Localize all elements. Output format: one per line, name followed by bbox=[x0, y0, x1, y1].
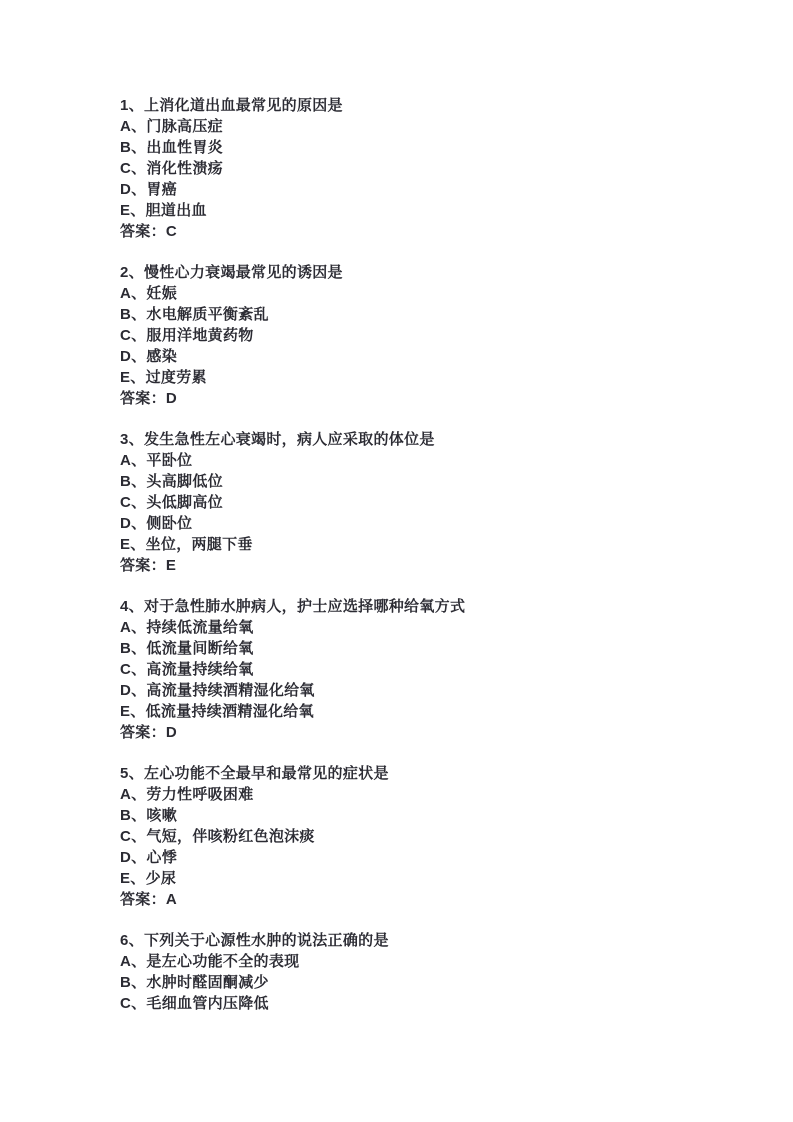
option-line: A、平卧位 bbox=[120, 450, 733, 471]
option-line: B、低流量间断给氧 bbox=[120, 638, 733, 659]
option-line: B、头高脚低位 bbox=[120, 471, 733, 492]
answer-line: 答案：E bbox=[120, 555, 733, 576]
question-block: 5、左心功能不全最早和最常见的症状是 A、劳力性呼吸困难 B、咳嗽 C、气短，伴… bbox=[120, 763, 733, 910]
option-line: E、少尿 bbox=[120, 868, 733, 889]
answer-line: 答案：D bbox=[120, 722, 733, 743]
option-line: C、毛细血管内压降低 bbox=[120, 993, 733, 1014]
option-line: C、高流量持续给氧 bbox=[120, 659, 733, 680]
question-stem: 2、慢性心力衰竭最常见的诱因是 bbox=[120, 262, 733, 283]
option-line: C、服用洋地黄药物 bbox=[120, 325, 733, 346]
exam-document-page: 1、上消化道出血最常见的原因是 A、门脉高压症 B、出血性胃炎 C、消化性溃疡 … bbox=[0, 0, 793, 1122]
option-line: E、过度劳累 bbox=[120, 367, 733, 388]
option-line: D、高流量持续酒精湿化给氧 bbox=[120, 680, 733, 701]
option-line: D、感染 bbox=[120, 346, 733, 367]
question-block: 6、下列关于心源性水肿的说法正确的是 A、是左心功能不全的表现 B、水肿时醛固酮… bbox=[120, 930, 733, 1014]
question-stem: 6、下列关于心源性水肿的说法正确的是 bbox=[120, 930, 733, 951]
option-line: A、妊娠 bbox=[120, 283, 733, 304]
option-line: C、消化性溃疡 bbox=[120, 158, 733, 179]
question-stem: 3、发生急性左心衰竭时，病人应采取的体位是 bbox=[120, 429, 733, 450]
question-block: 2、慢性心力衰竭最常见的诱因是 A、妊娠 B、水电解质平衡紊乱 C、服用洋地黄药… bbox=[120, 262, 733, 409]
option-line: D、侧卧位 bbox=[120, 513, 733, 534]
option-line: A、门脉高压症 bbox=[120, 116, 733, 137]
question-stem: 4、对于急性肺水肿病人，护士应选择哪种给氧方式 bbox=[120, 596, 733, 617]
option-line: E、胆道出血 bbox=[120, 200, 733, 221]
question-block: 4、对于急性肺水肿病人，护士应选择哪种给氧方式 A、持续低流量给氧 B、低流量间… bbox=[120, 596, 733, 743]
option-line: B、咳嗽 bbox=[120, 805, 733, 826]
option-line: B、水电解质平衡紊乱 bbox=[120, 304, 733, 325]
option-line: C、气短，伴咳粉红色泡沫痰 bbox=[120, 826, 733, 847]
option-line: E、低流量持续酒精湿化给氧 bbox=[120, 701, 733, 722]
option-line: A、持续低流量给氧 bbox=[120, 617, 733, 638]
answer-line: 答案：A bbox=[120, 889, 733, 910]
option-line: D、心悸 bbox=[120, 847, 733, 868]
answer-line: 答案：C bbox=[120, 221, 733, 242]
question-stem: 1、上消化道出血最常见的原因是 bbox=[120, 95, 733, 116]
option-line: A、是左心功能不全的表现 bbox=[120, 951, 733, 972]
option-line: A、劳力性呼吸困难 bbox=[120, 784, 733, 805]
option-line: B、水肿时醛固酮减少 bbox=[120, 972, 733, 993]
answer-line: 答案：D bbox=[120, 388, 733, 409]
question-block: 3、发生急性左心衰竭时，病人应采取的体位是 A、平卧位 B、头高脚低位 C、头低… bbox=[120, 429, 733, 576]
question-stem: 5、左心功能不全最早和最常见的症状是 bbox=[120, 763, 733, 784]
option-line: E、坐位，两腿下垂 bbox=[120, 534, 733, 555]
option-line: B、出血性胃炎 bbox=[120, 137, 733, 158]
question-block: 1、上消化道出血最常见的原因是 A、门脉高压症 B、出血性胃炎 C、消化性溃疡 … bbox=[120, 95, 733, 242]
option-line: C、头低脚高位 bbox=[120, 492, 733, 513]
option-line: D、胃癌 bbox=[120, 179, 733, 200]
